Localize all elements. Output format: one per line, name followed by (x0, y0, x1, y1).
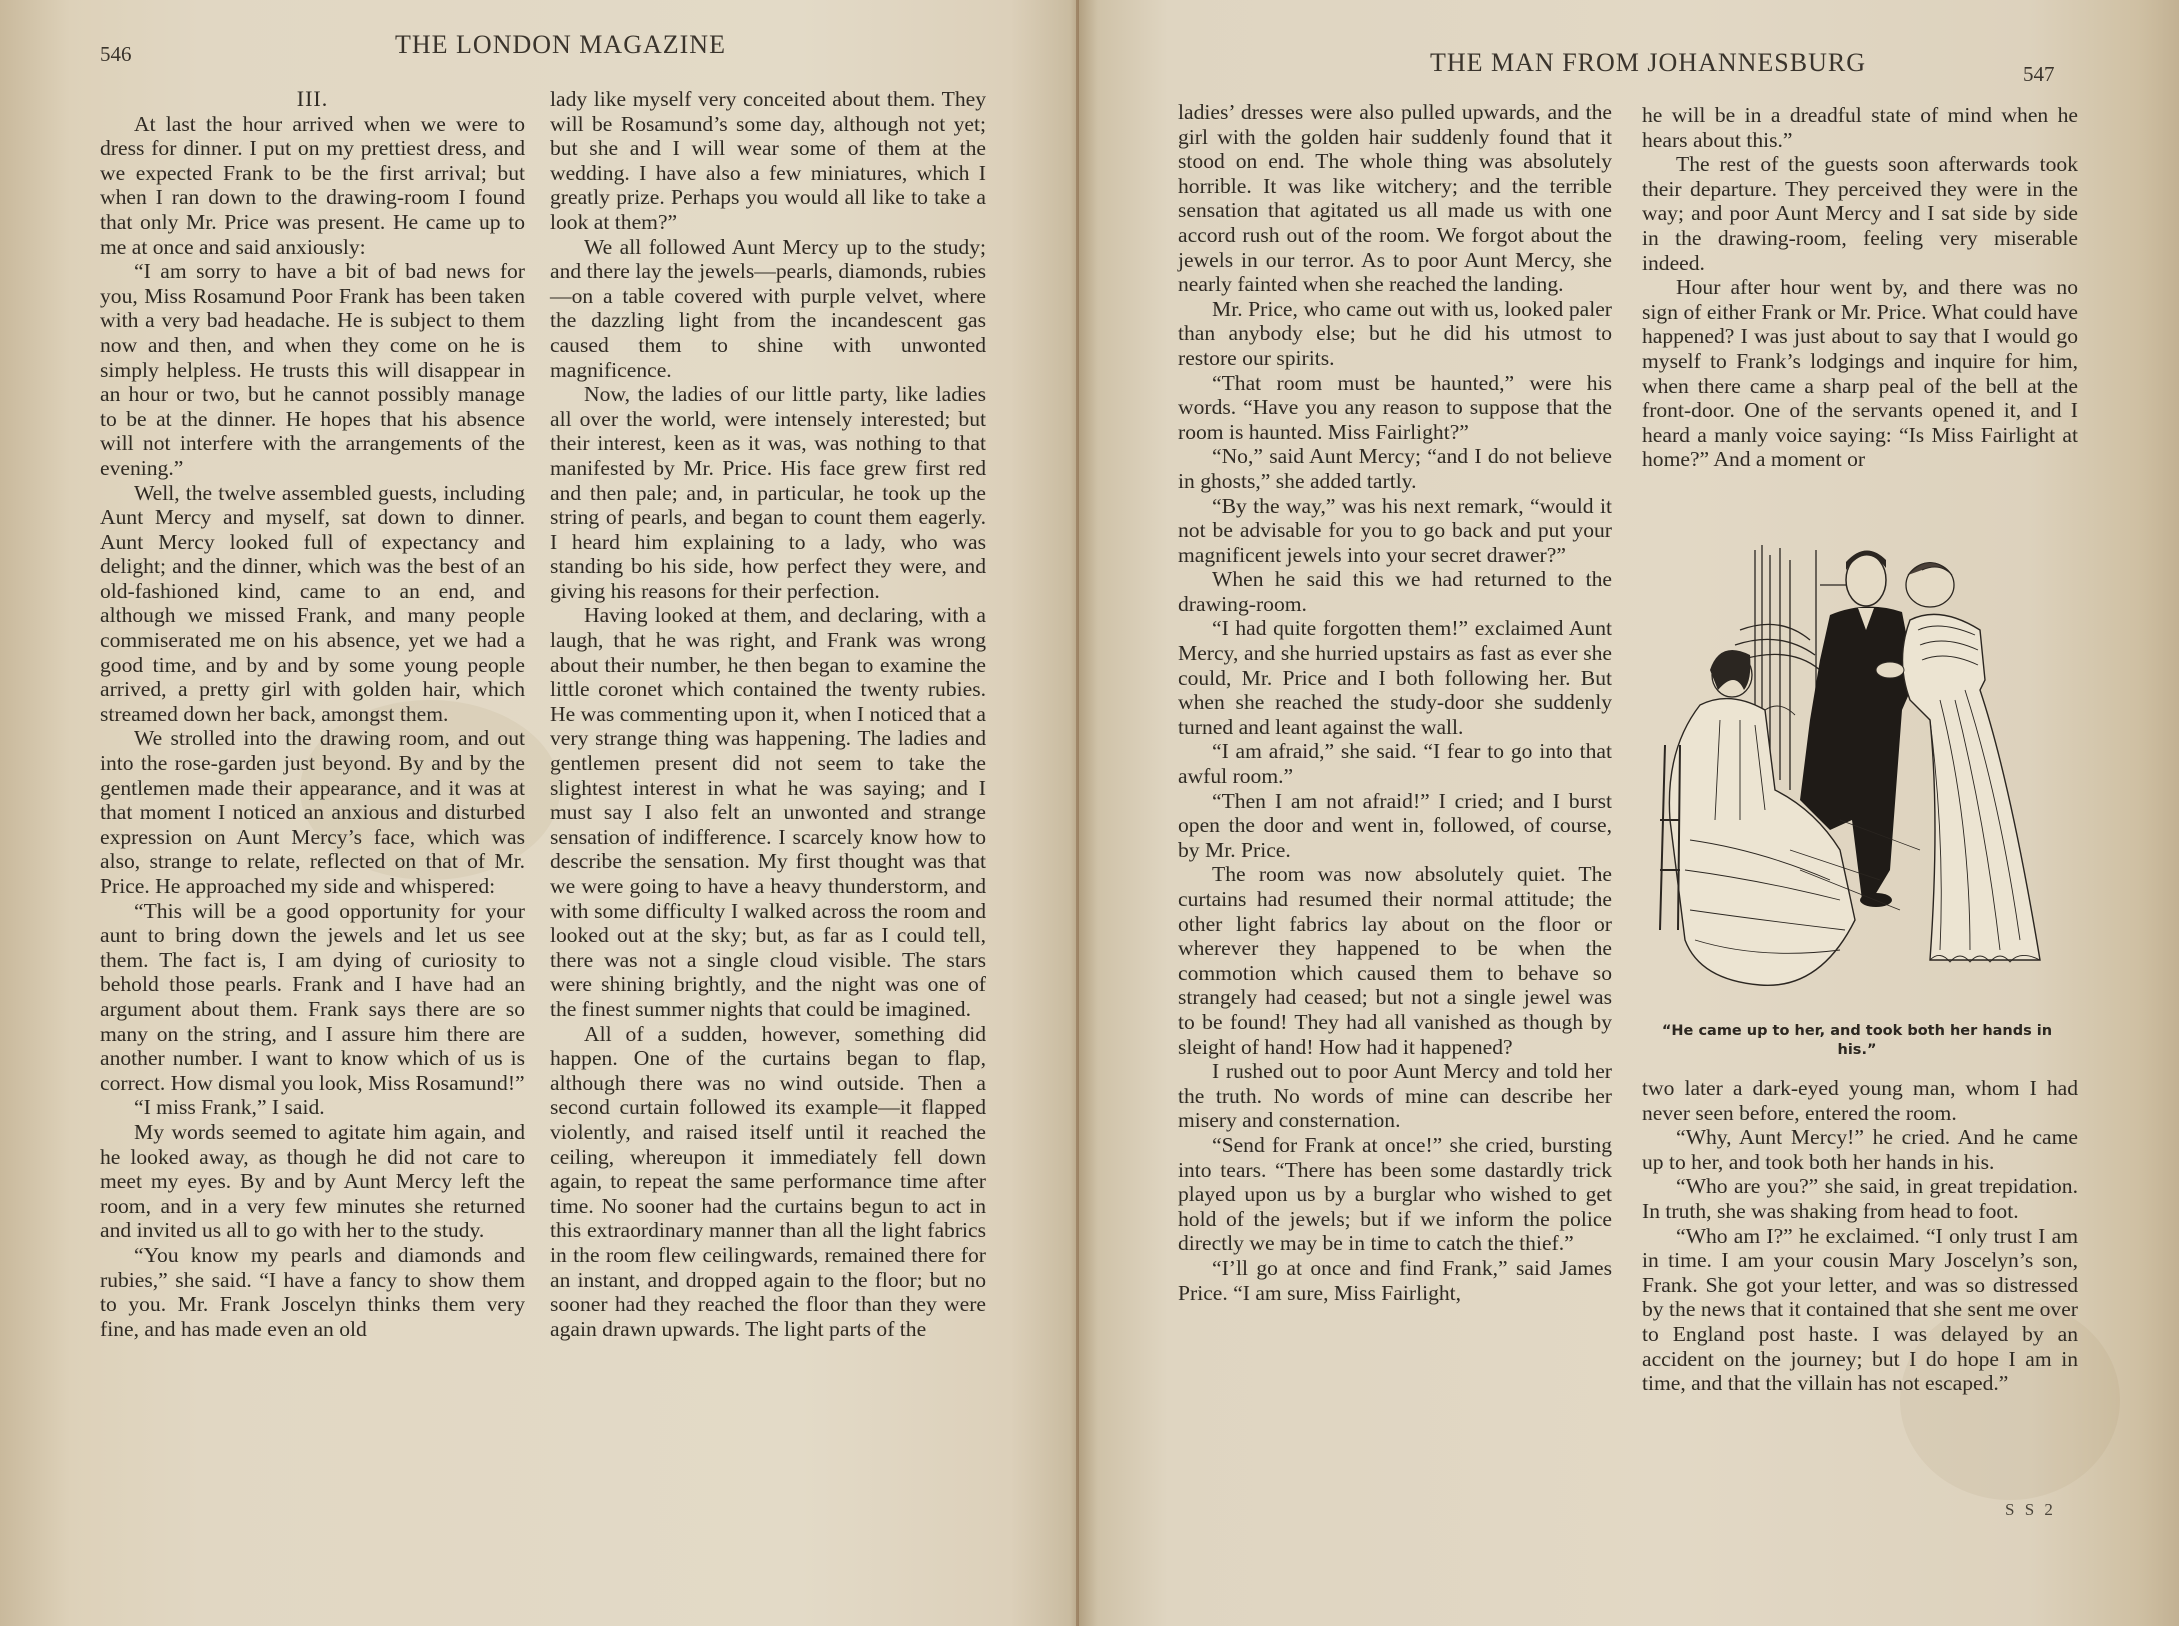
column-3: ladies’ dresses were also pulled upwards… (1178, 100, 1612, 1305)
continued-paragraph: he will be in a dreadful state of mind w… (1642, 103, 2078, 152)
paragraph: “This will be a good opportunity for you… (100, 899, 525, 1096)
section-heading: III. (100, 87, 525, 112)
paragraph: When he said this we had returned to the… (1178, 567, 1612, 616)
paragraph: I rushed out to poor Aunt Mercy and told… (1178, 1059, 1612, 1133)
printer-signature-mark: S S 2 (2005, 1500, 2056, 1520)
paragraph: “I had quite forgotten them!” exclaimed … (1178, 616, 1612, 739)
paragraph: “I am afraid,” she said. “I fear to go i… (1178, 739, 1612, 788)
paragraph: Now, the ladies of our little party, lik… (550, 382, 986, 603)
paragraph: “Who am I?” he exclaimed. “I only trust … (1642, 1224, 2078, 1396)
running-head-right: THE MAN FROM JOHANNESBURG (1430, 48, 1866, 78)
paragraph: “Send for Frank at once!” she cried, bur… (1178, 1133, 1612, 1256)
paragraph: “You know my pearls and diamonds and rub… (100, 1243, 525, 1341)
continued-paragraph: ladies’ dresses were also pulled upwards… (1178, 100, 1612, 297)
paragraph: Mr. Price, who came out with us, looked … (1178, 297, 1612, 371)
paragraph: “Then I am not afraid!” I cried; and I b… (1178, 789, 1612, 863)
paragraph: “That room must be haunted,” were his wo… (1178, 371, 1612, 445)
paragraph: At last the hour arrived when we were to… (100, 112, 525, 260)
paragraph: Hour after hour went by, and there was n… (1642, 275, 2078, 472)
paragraph: “No,” said Aunt Mercy; “and I do not bel… (1178, 444, 1612, 493)
paragraph: We all followed Aunt Mercy up to the stu… (550, 235, 986, 383)
column-4-bottom: two later a dark-eyed young man, whom I … (1642, 1076, 2078, 1396)
column-1: III. At last the hour arrived when we we… (100, 87, 525, 1341)
engraving-illustration-icon (1640, 520, 2070, 1020)
paragraph: The room was now absolutely quiet. The c… (1178, 862, 1612, 1059)
paragraph: The rest of the guests soon afterwards t… (1642, 152, 2078, 275)
paragraph: “I’ll go at once and find Frank,” said J… (1178, 1256, 1612, 1305)
paragraph: “By the way,” was his next remark, “woul… (1178, 494, 1612, 568)
column-4-top: he will be in a dreadful state of mind w… (1642, 103, 2078, 472)
book-spine-gutter (1076, 0, 1079, 1626)
page-number-right: 547 (2023, 62, 2055, 87)
column-2: lady like myself very conceited about th… (550, 87, 986, 1341)
continued-paragraph: lady like myself very conceited about th… (550, 87, 986, 235)
paragraph: “I miss Frank,” I said. (100, 1095, 525, 1120)
paragraph: My words seemed to agitate him again, an… (100, 1120, 525, 1243)
page-number-left: 546 (100, 42, 132, 67)
paragraph: All of a sudden, however, something did … (550, 1022, 986, 1342)
paragraph: “I am sorry to have a bit of bad news fo… (100, 259, 525, 480)
paragraph: “Who are you?” she said, in great trepid… (1642, 1174, 2078, 1223)
paragraph: Well, the twelve assembled guests, in­cl… (100, 481, 525, 727)
paragraph: “Why, Aunt Mercy!” he cried. And he came… (1642, 1125, 2078, 1174)
running-head-left: THE LONDON MAGAZINE (395, 30, 726, 60)
continued-paragraph: two later a dark-eyed young man, whom I … (1642, 1076, 2078, 1125)
paragraph: Having looked at them, and declaring, wi… (550, 603, 986, 1021)
paragraph: We strolled into the drawing room, and o… (100, 726, 525, 898)
illustration-caption: “He came up to her, and took both her ha… (1640, 1022, 2074, 1060)
